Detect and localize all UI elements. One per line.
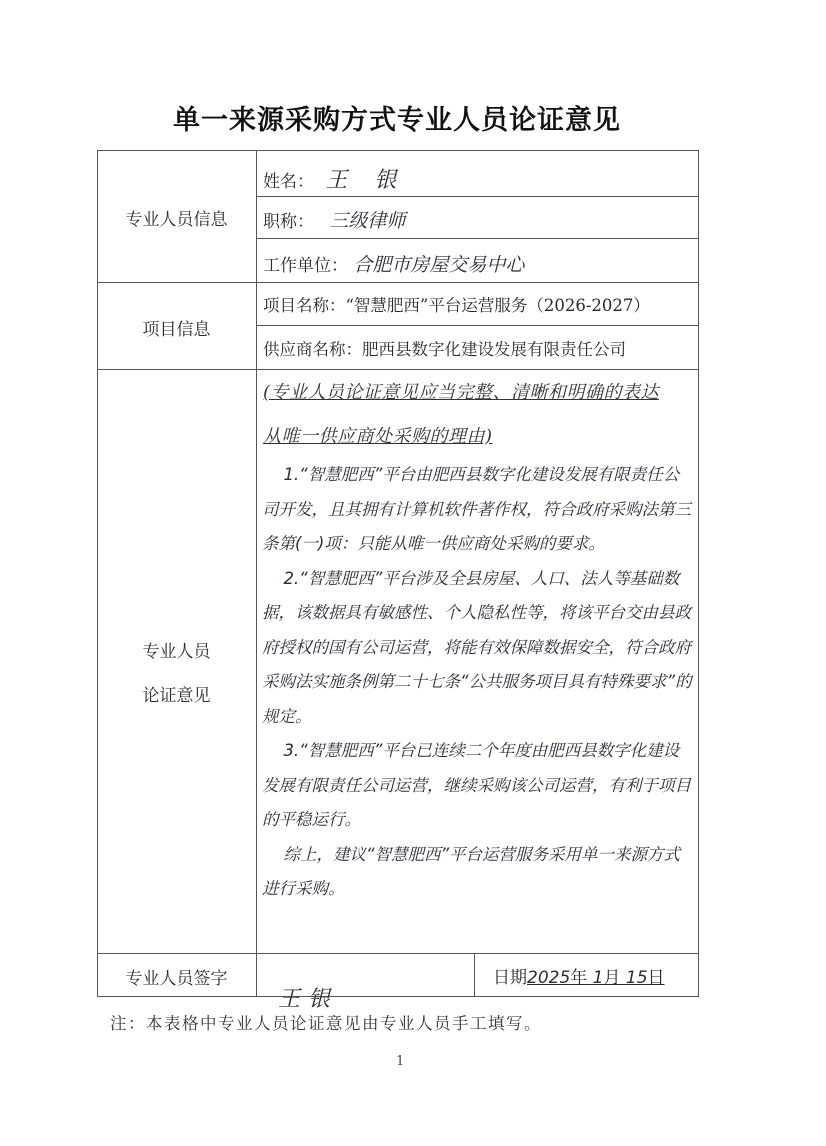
- row-divider: [97, 953, 699, 954]
- section-label-opinion: 专业人员 论证意见: [97, 630, 256, 718]
- instruction-line1: (专业人员论证意见应当完整、清晰和明确的表达: [263, 371, 693, 415]
- opinion-paragraph-4: 综上，建议“智慧肥西”平台运营服务采用单一来源方式进行采购。: [262, 838, 694, 907]
- title-value: 三级律师: [329, 210, 405, 232]
- employer-value: 合肥市房屋交易中心: [353, 254, 524, 276]
- supplier-label: 供应商名称：: [263, 340, 362, 359]
- opinion-paragraph-3: 3.“智慧肥西”平台已连续二个年度由肥西县数字化建设发展有限责任公司运营，继续采…: [262, 734, 694, 838]
- section-label-opinion-line2: 论证意见: [97, 674, 256, 718]
- opinion-paragraph-1: 1.“智慧肥西”平台由肥西县数字化建设发展有限责任公司开发，且其拥有计算机软件著…: [262, 458, 694, 562]
- supplier-field: 供应商名称：肥西县数字化建设发展有限责任公司: [263, 336, 626, 360]
- signature-label: 专业人员签字: [97, 964, 256, 989]
- opinion-instruction: (专业人员论证意见应当完整、清晰和明确的表达 从唯一供应商处采购的理由): [263, 371, 693, 459]
- row-divider: [256, 196, 699, 197]
- supplier-value: 肥西县数字化建设发展有限责任公司: [362, 340, 626, 359]
- project-name-value: “智慧肥西”平台运营服务（2026-2027）: [346, 296, 650, 315]
- name-label: 姓名：: [263, 172, 314, 192]
- row-divider: [97, 282, 699, 283]
- column-divider: [474, 953, 475, 997]
- section-label-opinion-line1: 专业人员: [97, 630, 256, 674]
- row-divider: [256, 325, 699, 326]
- document-title: 单一来源采购方式专业人员论证意见: [0, 98, 794, 137]
- date-day: 15: [626, 968, 648, 988]
- section-label-professional-info: 专业人员信息: [97, 205, 256, 230]
- year-unit: 年: [570, 968, 587, 988]
- date-month: 1: [593, 968, 604, 988]
- page-number: 1: [396, 1054, 404, 1069]
- row-divider: [97, 369, 699, 370]
- date-value: 2025年 1月 15日: [527, 968, 665, 988]
- title-field: 职称： 三级律师: [263, 206, 405, 233]
- name-value: 王 银: [325, 168, 406, 193]
- column-divider: [256, 150, 257, 997]
- section-label-project-info: 项目信息: [97, 315, 256, 340]
- date-year: 2025: [527, 968, 570, 988]
- handwritten-opinion: 1.“智慧肥西”平台由肥西县数字化建设发展有限责任公司开发，且其拥有计算机软件著…: [262, 458, 694, 907]
- signature-value: 王银: [278, 982, 338, 1013]
- name-field: 姓名： 王 银: [263, 163, 406, 194]
- employer-field: 工作单位： 合肥市房屋交易中心: [263, 250, 524, 277]
- footnote: 注：本表格中专业人员论证意见由专业人员手工填写。: [110, 1010, 542, 1034]
- instruction-line2: 从唯一供应商处采购的理由): [263, 415, 693, 459]
- date-field: 日期2025年 1月 15日: [493, 963, 665, 988]
- row-divider: [256, 238, 699, 239]
- employer-label: 工作单位：: [263, 256, 348, 276]
- date-label: 日期: [493, 968, 527, 988]
- title-label: 职称：: [263, 212, 314, 232]
- project-name-field: 项目名称：“智慧肥西”平台运营服务（2026-2027）: [263, 292, 650, 316]
- day-unit: 日: [648, 968, 665, 988]
- project-name-label: 项目名称：: [263, 296, 346, 315]
- opinion-paragraph-2: 2.“智慧肥西”平台涉及全县房屋、人口、法人等基础数据，该数据具有敏感性、个人隐…: [262, 562, 694, 735]
- month-unit: 月: [604, 968, 621, 988]
